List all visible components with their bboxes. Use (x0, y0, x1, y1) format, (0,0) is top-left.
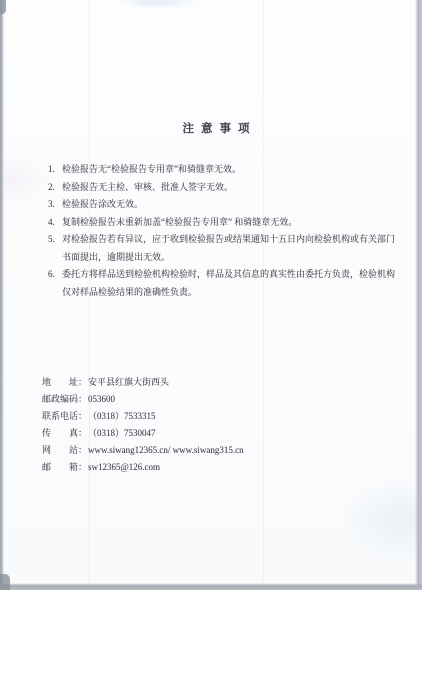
notice-item-number: 4. (48, 214, 55, 232)
contact-row-phone: 联系电话：（0318）7533315 (42, 408, 382, 425)
scan-edge-left (0, 0, 4, 588)
contact-value-postal-code: 053600 (88, 391, 115, 408)
contact-row-email: 邮箱：sw12365@126.com (42, 459, 382, 476)
notice-item-text: 检验报告涂改无效。 (62, 199, 143, 209)
scan-corner-bottom-left (0, 574, 10, 590)
notice-item-text: 委托方将样品送到检验机构检验时，样品及其信息的真实性由委托方负责，检验机构仅对样… (62, 269, 395, 297)
notice-item-text: 对检验报告若有异议，应于收到检验报告或结果通知十五日内向检验机构或有关部门书面提… (62, 234, 395, 262)
notice-item: 4. 复制检验报告未重新加盖“检验报告专用章” 和骑缝章无效。 (48, 214, 395, 232)
contact-colon: ： (78, 408, 87, 425)
contact-row-website: 网站：www.siwang12365.cn/ www.siwang315.cn (42, 442, 382, 459)
page-title: 注意事项 (0, 120, 422, 136)
contact-info-block: 地址：安平县红旗大街西头 邮政编码：053600 联系电话：（0318）7533… (42, 374, 382, 476)
notice-item-number: 1. (48, 161, 55, 179)
notice-item: 1. 检验报告无“检验报告专用章”和骑缝章无效。 (48, 161, 395, 179)
notice-list: 1. 检验报告无“检验报告专用章”和骑缝章无效。 2. 检验报告无主检、审核、批… (48, 161, 395, 301)
contact-label: 传真 (42, 425, 78, 442)
contact-label: 邮政编码 (42, 391, 78, 408)
contact-label: 邮箱 (42, 459, 78, 476)
scan-edge-right (415, 0, 422, 586)
notice-item: 6. 委托方将样品送到检验机构检验时，样品及其信息的真实性由委托方负责，检验机构… (48, 266, 395, 301)
contact-row-address: 地址：安平县红旗大街西头 (42, 374, 382, 391)
contact-value-address: 安平县红旗大街西头 (88, 374, 169, 391)
scan-corner-top-left (0, 0, 6, 14)
scanned-page-canvas: 注意事项 1. 检验报告无“检验报告专用章”和骑缝章无效。 2. 检验报告无主检… (0, 0, 424, 700)
contact-label: 网站 (42, 442, 78, 459)
contact-colon: ： (78, 391, 87, 408)
notice-item-text: 复制检验报告未重新加盖“检验报告专用章” 和骑缝章无效。 (62, 217, 297, 227)
notice-item-number: 2. (48, 179, 55, 197)
notice-item-number: 5. (48, 231, 55, 249)
contact-row-postal-code: 邮政编码：053600 (42, 391, 382, 408)
notice-item-number: 3. (48, 196, 55, 214)
notice-item: 3. 检验报告涂改无效。 (48, 196, 395, 214)
notice-item-text: 检验报告无主检、审核、批准人签字无效。 (62, 182, 233, 192)
contact-colon: ： (78, 459, 87, 476)
paper-sheet: 注意事项 1. 检验报告无“检验报告专用章”和骑缝章无效。 2. 检验报告无主检… (0, 0, 422, 590)
contact-value-website: www.siwang12365.cn/ www.siwang315.cn (88, 442, 244, 459)
notice-item: 2. 检验报告无主检、审核、批准人签字无效。 (48, 179, 395, 197)
notice-item-number: 6. (48, 266, 55, 284)
contact-row-fax: 传真：（0318）7530047 (42, 425, 382, 442)
contact-value-fax: （0318）7530047 (88, 425, 156, 442)
notice-item: 5. 对检验报告若有异议，应于收到检验报告或结果通知十五日内向检验机构或有关部门… (48, 231, 395, 266)
contact-label: 联系电话 (42, 408, 78, 425)
contact-colon: ： (78, 374, 87, 391)
contact-value-phone: （0318）7533315 (88, 408, 156, 425)
scan-edge-bottom (0, 583, 422, 590)
contact-label: 地址 (42, 374, 78, 391)
contact-value-email: sw12365@126.com (88, 459, 160, 476)
contact-colon: ： (78, 442, 87, 459)
contact-colon: ： (78, 425, 87, 442)
notice-item-text: 检验报告无“检验报告专用章”和骑缝章无效。 (62, 164, 241, 174)
